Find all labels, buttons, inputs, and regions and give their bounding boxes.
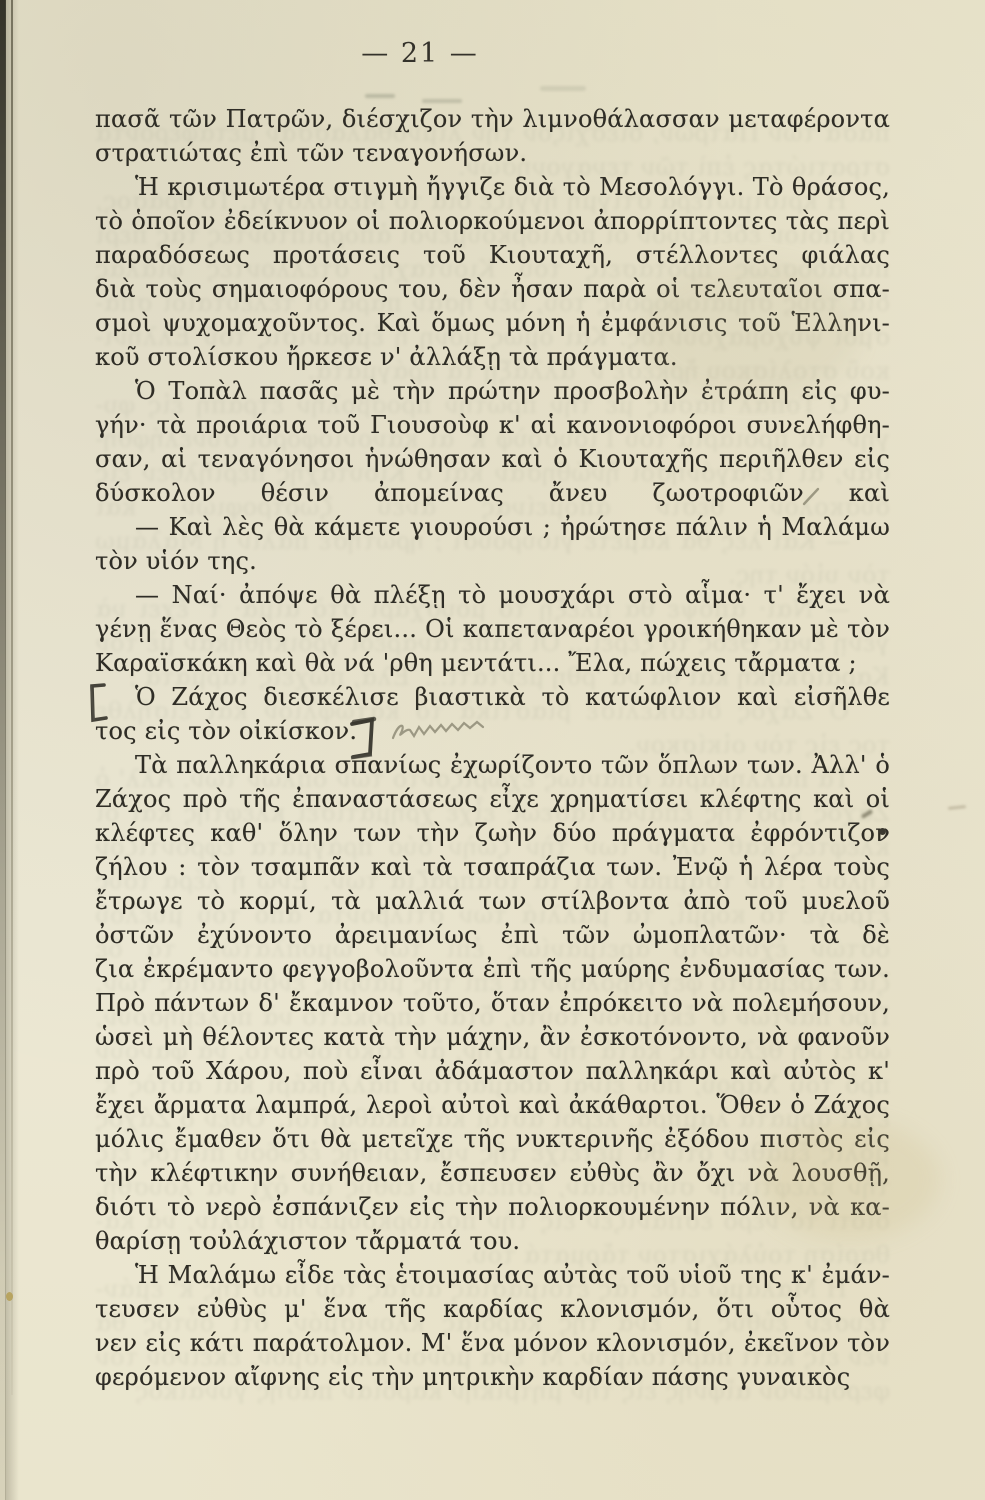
pencil-squiggle-annotation	[390, 716, 490, 748]
text-line: Ἡ Μαλάμω εἶδε τὰς ἑτοιμασίας αὐτὰς τοῦ υ…	[95, 1258, 890, 1292]
stain-spot	[6, 1292, 13, 1301]
pencil-bracket-open-annotation	[82, 680, 110, 726]
text-line: ζια ἐκρέμαντο φεγγοβολοῦντα ἐπὶ τῆς μαύρ…	[95, 952, 890, 986]
text-line: πασᾶ τῶν Πατρῶν, διέσχιζον τὴν λιμνοθάλα…	[95, 102, 890, 136]
text-line: σαν, αἱ τεναγόνησοι ἡνώθησαν καὶ ὁ Κιουτ…	[95, 442, 890, 476]
text-line: δύσκολον θέσιν ἀπομείνας ἄνευ ζωοτροφιῶν…	[95, 476, 890, 510]
page-edge-line	[11, 0, 13, 1395]
pencil-tick-annotation	[800, 484, 824, 508]
text-line: ὀστῶν ἐχύνοντο ἀρειμανίως ἐπὶ τῶν ὠμοπλα…	[95, 918, 890, 952]
text-line: ἔτρωγε τὸ κορμί, τὰ μαλλιά των στίλβοντα…	[95, 884, 890, 918]
text-line: Ἡ κρισιμωτέρα στιγμὴ ἤγγιζε διὰ τὸ Μεσολ…	[95, 170, 890, 204]
text-line: γένῃ ἕνας Θεὸς τὸ ξέρει... Οἱ καπεταναρέ…	[95, 612, 890, 646]
text-line: κλέφτες καθ' ὅλην των τὴν ζωὴν δύο πράγμ…	[95, 816, 890, 850]
text-line: γήν· τὰ προιάρια τοῦ Γιουσοὺφ κ' αἱ κανο…	[95, 408, 890, 442]
text-line: ὡσεὶ μὴ θέλοντες κατὰ τὴν μάχην, ἂν ἐσκο…	[95, 1020, 890, 1054]
paper-stain	[760, 1120, 940, 1240]
text-line: ζήλου : τὸν τσαμπᾶν καὶ τὰ τσαπράζια των…	[95, 850, 890, 884]
text-line: ἔχει ἄρματα λαμπρά, λεροὶ αὐτοὶ καὶ ἀκάθ…	[95, 1088, 890, 1122]
text-line: Ζάχος πρὸ τῆς ἐπαναστάσεως εἶχε χρηματίσ…	[95, 782, 890, 816]
book-page-scan: πασᾶ τῶν Πατρῶν, διέσχιζον τὴν λιμνοθάλα…	[0, 0, 985, 1500]
pencil-bracket-close-annotation	[348, 714, 382, 762]
text-line: πρὸ τοῦ Χάρου, ποὺ εἶναι ἀδάμαστον παλλη…	[95, 1054, 890, 1088]
show-through-smudge	[540, 86, 586, 91]
text-line: Καραϊσκάκη καὶ θὰ νά 'ρθη μεντάτι... Ἔλα…	[95, 646, 890, 680]
text-line: τος εἰς τὸν οἰκίσκον.	[95, 714, 890, 748]
ink-speck	[879, 828, 886, 835]
text-line: — Ναί· ἀπόψε θὰ πλέξῃ τὸ μουσχάρι στὸ αἷ…	[95, 578, 890, 612]
text-line: — Καὶ λὲς θὰ κάμετε γιουρούσι ; ἠρώτησε …	[95, 510, 890, 544]
page-number-header: — 21 —	[0, 38, 840, 69]
text-line: φερόμενον αἴφνης εἰς τὴν μητρικὴν καρδία…	[95, 1360, 890, 1394]
text-line: Πρὸ πάντων δ' ἔκαμνον τοῦτο, ὅταν ἐπρόκε…	[95, 986, 890, 1020]
text-line: Τὰ παλληκάρια σπανίως ἐχωρίζοντο τῶν ὅπλ…	[95, 748, 890, 782]
text-line: τὸν υἱόν της.	[95, 544, 890, 578]
text-line: τὸ ὁποῖον ἐδείκνυον οἱ πολιορκούμενοι ἀπ…	[95, 204, 890, 238]
paper-stain	[640, 260, 860, 400]
text-line: θαρίσῃ τοὐλάχιστον τἄρματά του.	[95, 1224, 890, 1258]
text-line: νεν εἰς κάτι παράτολμον. Μ' ἕνα μόνον κλ…	[95, 1326, 890, 1360]
text-line: τευσεν εὐθὺς μ' ἕνα τῆς καρδίας κλονισμό…	[95, 1292, 890, 1326]
text-line: στρατιώτας ἐπὶ τῶν τεναγονήσων.	[95, 136, 890, 170]
show-through-smudge	[365, 94, 395, 98]
text-line: Ὁ Ζάχος διεσκέλισε βιαστικὰ τὸ κατώφλιον…	[95, 680, 890, 714]
paper-scratch	[948, 805, 966, 810]
